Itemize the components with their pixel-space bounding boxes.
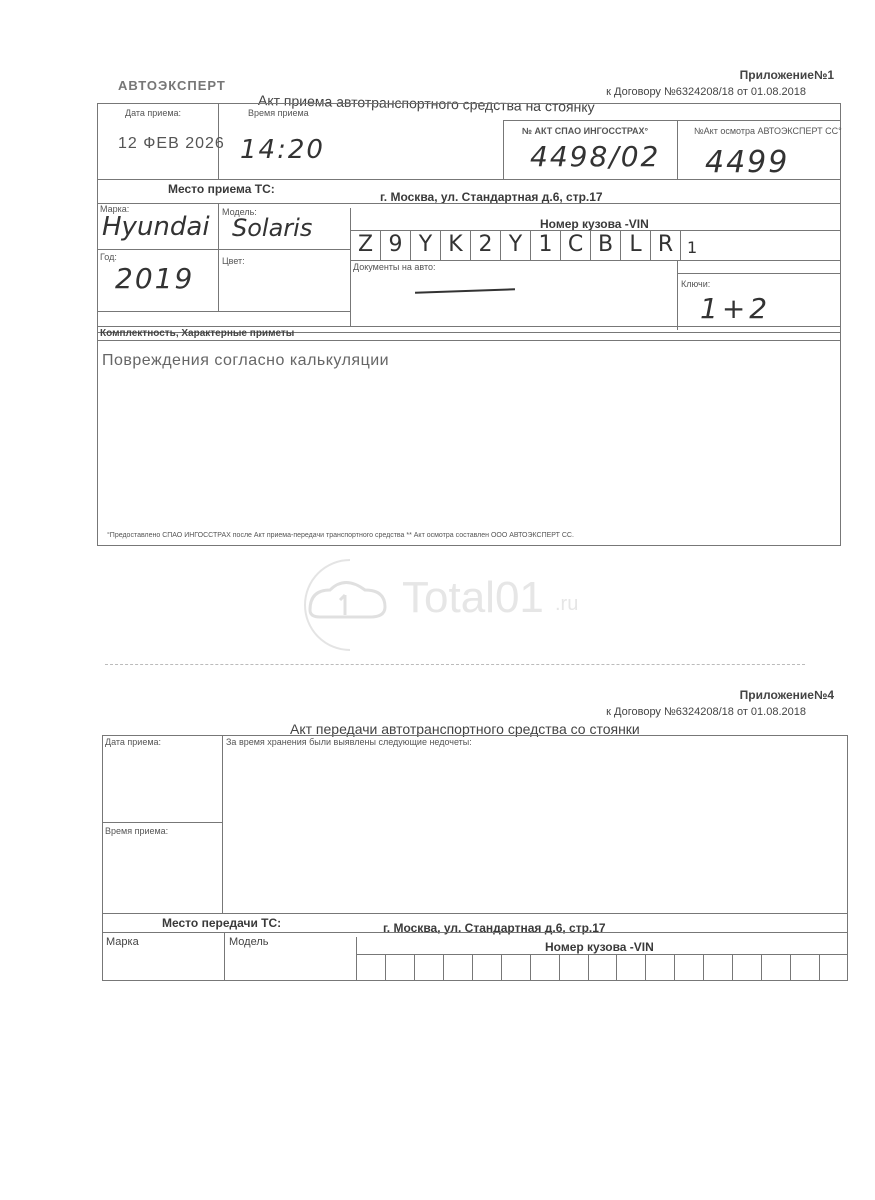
vin-cell bbox=[414, 954, 443, 981]
year-value: 2019 bbox=[115, 262, 194, 295]
logo: АВТОЭКСПЕРТ bbox=[118, 78, 226, 93]
defects-label: За время хранения были выявлены следующи… bbox=[226, 737, 472, 747]
handover-place-label: Место передачи ТС: bbox=[162, 916, 281, 930]
vin-cell: Y bbox=[500, 230, 530, 260]
vin-cell: 1 bbox=[530, 230, 560, 260]
vin-cell: 9 bbox=[380, 230, 410, 260]
vin-cell bbox=[443, 954, 472, 981]
vin-cell: K bbox=[440, 230, 470, 260]
vin-cell bbox=[530, 954, 559, 981]
handover-time-label: Время приема: bbox=[105, 826, 168, 836]
vin-cell: B bbox=[590, 230, 620, 260]
keys-value: 1+2 bbox=[700, 292, 771, 325]
vin-cell: C bbox=[560, 230, 590, 260]
appendix-contract-2: к Договору №6324208/18 от 01.08.2018 bbox=[500, 706, 806, 718]
form-frame-2 bbox=[102, 735, 848, 981]
handover-model-label: Модель bbox=[229, 936, 268, 948]
car-logo-icon bbox=[290, 555, 400, 655]
vin-cell bbox=[385, 954, 414, 981]
appendix-contract: к Договору №6324208/18 от 01.08.2018 bbox=[500, 86, 806, 98]
vin-cell: L bbox=[620, 230, 650, 260]
time-value: 14:20 bbox=[240, 135, 325, 165]
handover-date-label: Дата приема: bbox=[105, 737, 161, 747]
vin-cell bbox=[501, 954, 530, 981]
model-value: Solaris bbox=[232, 214, 312, 242]
act-no-value: 4498/02 bbox=[530, 140, 660, 173]
brand-value: Hyundai bbox=[102, 212, 210, 242]
vin-cell bbox=[616, 954, 645, 981]
vin-cell: 2 bbox=[470, 230, 500, 260]
place-value: г. Москва, ул. Стандартная д.6, стр.17 bbox=[380, 190, 603, 204]
vin-cell bbox=[703, 954, 732, 981]
time-label: Время приема bbox=[248, 108, 309, 118]
handover-vin-grid bbox=[356, 954, 848, 981]
cut-line bbox=[105, 664, 805, 665]
vin-cell bbox=[790, 954, 819, 981]
vin-cell bbox=[645, 954, 674, 981]
watermark-text: Total01 bbox=[402, 573, 544, 623]
vin-cell bbox=[674, 954, 703, 981]
completeness-label: Комплектность, Характерные приметы bbox=[100, 328, 294, 339]
vin-remainder: 1 bbox=[680, 230, 841, 260]
vin-cell: Z bbox=[350, 230, 380, 260]
vin-grid: Z9YK2Y1CBLR1 bbox=[350, 230, 841, 260]
vin-cell bbox=[356, 954, 385, 981]
date-label: Дата приема: bbox=[125, 108, 181, 118]
appendix-title-2: Приложение№4 bbox=[600, 688, 834, 702]
footnote: °Предоставлено СПАО ИНГОССТРАХ после Акт… bbox=[107, 532, 574, 539]
act-no-label: № АКТ СПАО ИНГОССТРАХ° bbox=[522, 126, 648, 136]
vin-label: Номер кузова -VIN bbox=[540, 217, 649, 231]
handover-vin-label: Номер кузова -VIN bbox=[545, 940, 654, 954]
handover-brand-label: Марка bbox=[106, 936, 139, 948]
completeness-value: Повреждения согласно калькуляции bbox=[102, 352, 389, 370]
vin-cell: R bbox=[650, 230, 680, 260]
vin-cell bbox=[732, 954, 761, 981]
vin-cell bbox=[472, 954, 501, 981]
keys-label: Ключи: bbox=[681, 279, 710, 289]
appendix-title: Приложение№1 bbox=[600, 68, 834, 82]
watermark: Total01 .ru bbox=[290, 555, 620, 655]
vin-cell bbox=[588, 954, 617, 981]
inspection-value: 4499 bbox=[705, 145, 789, 180]
date-stamp: 12 ФЕВ 2026 bbox=[118, 135, 225, 153]
place-label: Место приема ТС: bbox=[168, 182, 275, 196]
vin-cell bbox=[819, 954, 848, 981]
docs-label: Документы на авто: bbox=[353, 262, 436, 272]
vin-cell: Y bbox=[410, 230, 440, 260]
color-label: Цвет: bbox=[222, 256, 245, 266]
vin-cell bbox=[761, 954, 790, 981]
watermark-suffix: .ru bbox=[555, 593, 578, 616]
year-label: Год: bbox=[100, 252, 117, 262]
vin-cell bbox=[559, 954, 588, 981]
inspection-label: №Акт осмотра АВТОЭКСПЕРТ СС° bbox=[694, 126, 842, 136]
